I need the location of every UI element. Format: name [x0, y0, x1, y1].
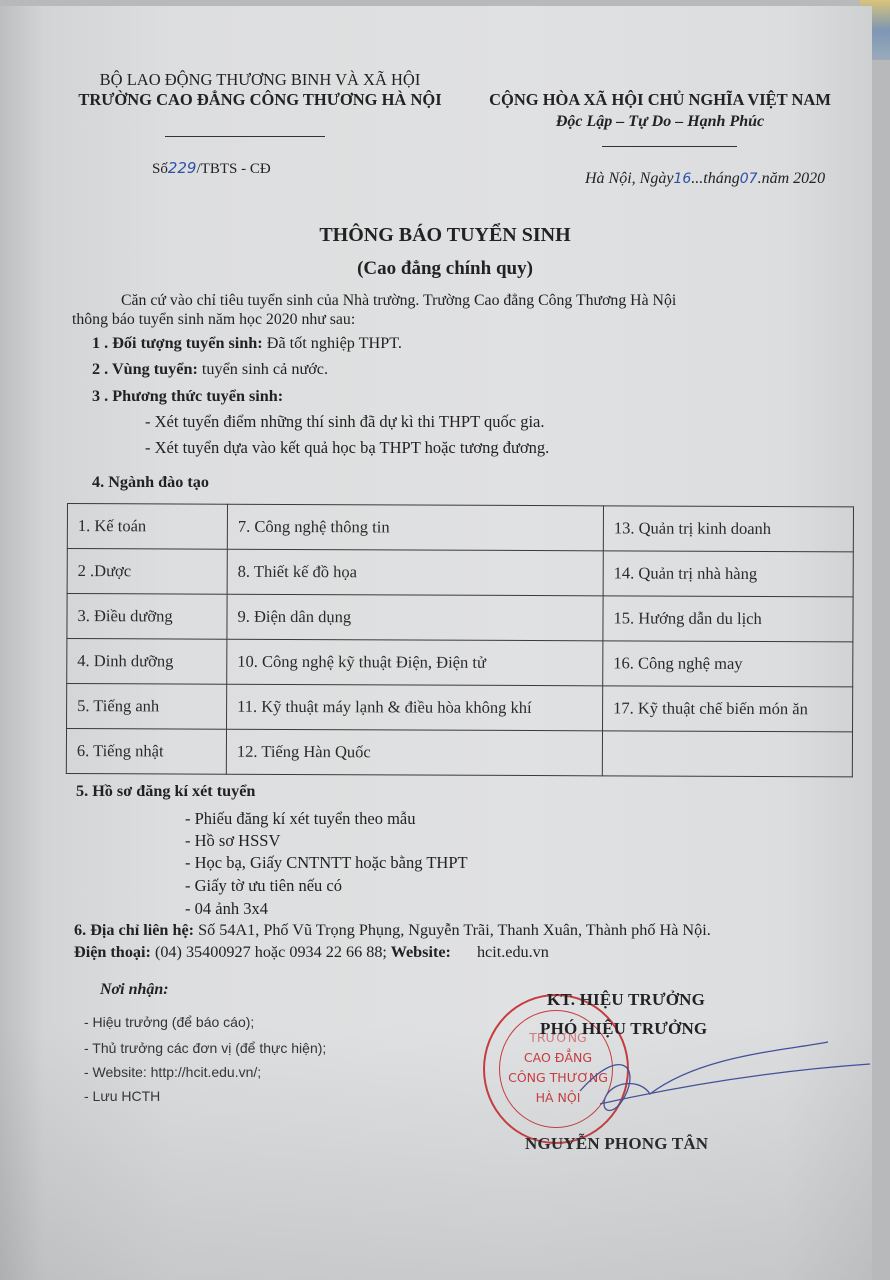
document-page: BỘ LAO ĐỘNG THƯƠNG BINH VÀ XÃ HỘI TRƯỜNG… — [0, 6, 872, 1280]
stamp-line: CAO ĐẲNG — [485, 1050, 631, 1065]
handwritten-signature-icon — [0, 6, 890, 1206]
stamp-line: CÔNG THƯƠNG — [485, 1070, 631, 1085]
stamp-line: TRƯỜNG — [485, 1030, 631, 1045]
stamp-line: HÀ NỘI — [485, 1090, 631, 1105]
recipient-item: - Website: http://hcit.edu.vn/; — [84, 1064, 261, 1080]
recipient-item: - Lưu HCTH — [84, 1088, 160, 1104]
signatory-name: NGUYỄN PHONG TÂN — [525, 1134, 708, 1154]
recipient-item: - Thủ trưởng các đơn vị (để thực hiện); — [84, 1040, 326, 1056]
